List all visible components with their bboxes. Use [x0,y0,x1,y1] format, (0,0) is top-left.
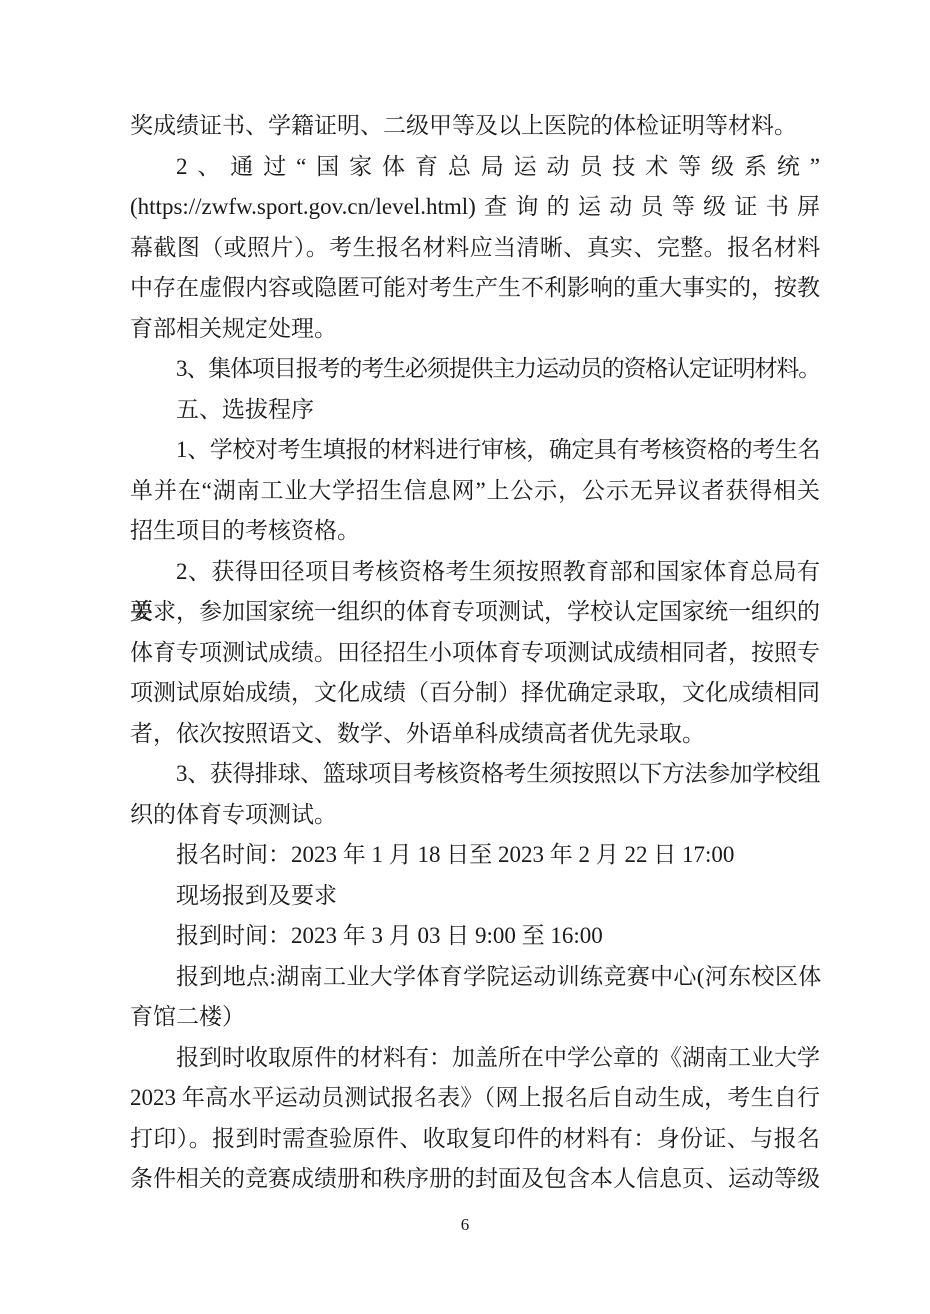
text-line: 项测试原始成绩，文化成绩（百分制）择优确定录取，文化成绩相同 [130,673,820,714]
text-line: 体育专项测试成绩。田径招生小项体育专项测试成绩相同者，按照专 [130,633,820,674]
text-line: 3、集体项目报考的考生必须提供主力运动员的资格认定证明材料。 [130,349,820,390]
document-page: 奖成绩证书、学籍证明、二级甲等及以上医院的体检证明等材料。2、通过“国家体育总局… [0,0,930,1314]
text-line: 打印）。报到时需查验原件、收取复印件的材料有：身份证、与报名 [130,1119,820,1160]
text-line: 报到时收取原件的材料有：加盖所在中学公章的《湖南工业大学 [130,1038,820,1079]
document-body: 奖成绩证书、学籍证明、二级甲等及以上医院的体检证明等材料。2、通过“国家体育总局… [130,106,820,1200]
text-line: 2、获得田径项目考核资格考生须按照教育部和国家体育总局有关 [130,552,820,593]
text-line: 条件相关的竞赛成绩册和秩序册的封面及包含本人信息页、运动等级 [130,1159,820,1200]
text-line: 现场报到及要求 [130,876,820,917]
text-line: 报名时间：2023 年 1 月 18 日至 2023 年 2 月 22 日 17… [130,835,820,876]
text-line: 要求，参加国家统一组织的体育专项测试，学校认定国家统一组织的 [130,592,820,633]
text-line: 奖成绩证书、学籍证明、二级甲等及以上医院的体检证明等材料。 [130,106,820,147]
text-line: 者，依次按照语文、数学、外语单科成绩高者优先录取。 [130,714,820,755]
text-line: 育馆二楼） [130,997,820,1038]
text-line: (https://zwfw.sport.gov.cn/level.html)查询… [130,187,820,228]
text-line: 五、选拔程序 [130,390,820,431]
text-line: 报到地点:湖南工业大学体育学院运动训练竞赛中心(河东校区体 [130,957,820,998]
page-number: 6 [0,1212,930,1238]
text-line: 1、学校对考生填报的材料进行审核，确定具有考核资格的考生名 [130,430,820,471]
text-line: 中存在虚假内容或隐匿可能对考生产生不利影响的重大事实的，按教 [130,268,820,309]
text-line: 2023 年高水平运动员测试报名表》（网上报名后自动生成，考生自行 [130,1078,820,1119]
text-line: 招生项目的考核资格。 [130,511,820,552]
text-line: 幕截图（或照片）。考生报名材料应当清晰、真实、完整。报名材料 [130,228,820,269]
text-line: 育部相关规定处理。 [130,309,820,350]
text-line: 报到时间：2023 年 3 月 03 日 9:00 至 16:00 [130,916,820,957]
text-line: 单并在“湖南工业大学招生信息网”上公示，公示无异议者获得相关 [130,471,820,512]
text-line: 3、获得排球、篮球项目考核资格考生须按照以下方法参加学校组 [130,754,820,795]
text-line: 织的体育专项测试。 [130,795,820,836]
text-line: 2、通过“国家体育总局运动员技术等级系统” [130,147,820,188]
